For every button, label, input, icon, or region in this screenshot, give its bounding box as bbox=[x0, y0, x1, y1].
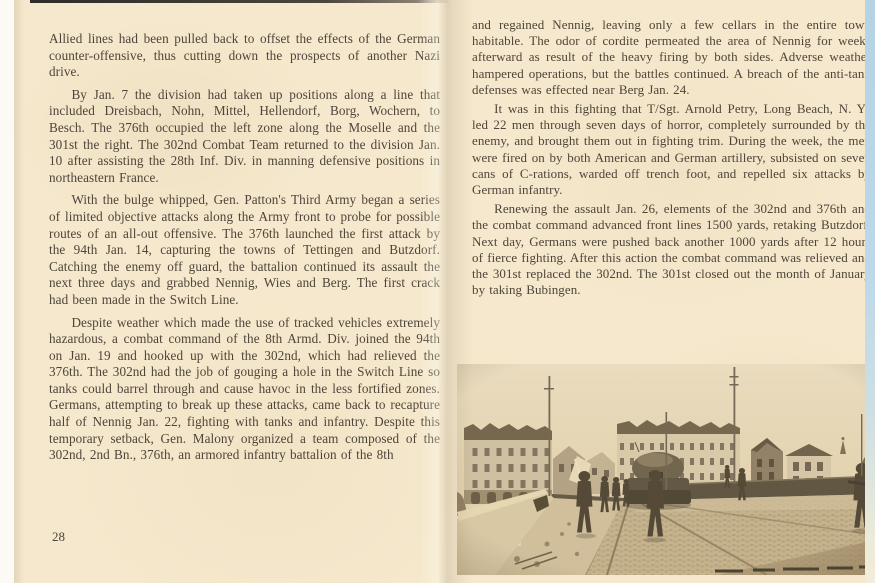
paragraph: With the bulge whipped, Gen. Patton's Th… bbox=[49, 192, 440, 308]
right-page-text-column: and regained Nennig, leaving only a few … bbox=[472, 17, 871, 301]
paragraph: and regained Nennig, leaving only a few … bbox=[472, 17, 871, 98]
bridge-crossing-photo bbox=[457, 364, 875, 575]
paragraph: Allied lines had been pulled back to off… bbox=[49, 31, 440, 81]
paragraph: By Jan. 7 the division had taken up posi… bbox=[49, 87, 440, 187]
scan-edge-right bbox=[865, 0, 875, 583]
book-top-edge bbox=[30, 0, 450, 3]
scanned-book-spread: Allied lines had been pulled back to off… bbox=[0, 0, 875, 583]
book-pages: Allied lines had been pulled back to off… bbox=[14, 0, 866, 583]
page-number: 28 bbox=[52, 529, 65, 545]
paragraph: It was in this fighting that T/Sgt. Arno… bbox=[472, 101, 871, 198]
paragraph: Renewing the assault Jan. 26, elements o… bbox=[472, 201, 871, 298]
paragraph: Despite weather which made the use of tr… bbox=[49, 315, 440, 464]
left-page-text-column: Allied lines had been pulled back to off… bbox=[49, 31, 440, 470]
